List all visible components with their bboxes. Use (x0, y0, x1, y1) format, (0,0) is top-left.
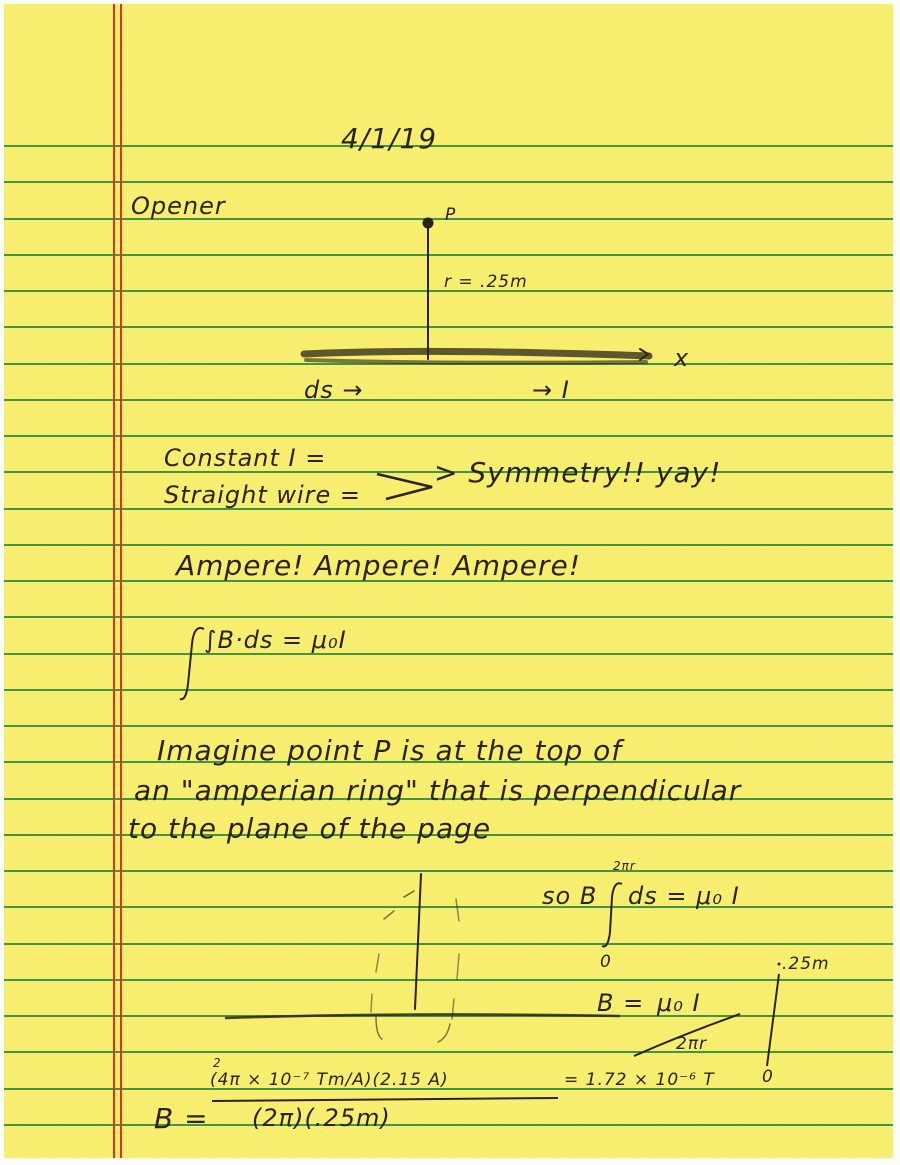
calc-denominator: (2π)(.25m) (252, 1104, 391, 1132)
integral-upper-limit: 2πr (613, 859, 636, 873)
explanation-line-2: an "amperian ring" that is perpendicular (134, 774, 741, 807)
formula-numerator: μ₀ I (657, 989, 701, 1017)
axis-label: x (674, 344, 689, 372)
symmetry-result: > Symmetry!! yay! (434, 456, 721, 489)
calc-result: = 1.72 × 10⁻⁶ T (564, 1070, 715, 1090)
date: 4/1/19 (341, 122, 437, 155)
ampere-cheer: Ampere! Ampere! Ampere! (176, 549, 581, 582)
legal-pad-page: 4/1/19 Opener P r = .25m x ds → → I Cons… (4, 4, 893, 1158)
explanation-line-1: Imagine point P is at the top of (157, 734, 622, 767)
formula-lhs: B = (597, 989, 644, 1017)
implies-chevron (377, 474, 432, 499)
formula-denominator: 2πr (676, 1034, 707, 1054)
calc-numerator: (4π × 10⁻⁷ Tm/A)(2.15 A) (210, 1070, 449, 1090)
radius-label: r = .25m (444, 272, 528, 292)
integral-prefix: so B (542, 882, 597, 910)
explanation-line-3: to the plane of the page (128, 812, 491, 845)
integral-sign-1 (180, 628, 204, 699)
current-label: → I (532, 376, 570, 404)
ampere-law: ∫B·ds = μ₀I (204, 626, 347, 654)
integral-body: ds = μ₀ I (628, 882, 740, 910)
ds-label: ds → (304, 376, 363, 404)
integral-lower-limit: 0 (600, 952, 612, 972)
symmetry-line-2: Straight wire = (164, 481, 361, 509)
heading: Opener (131, 192, 226, 220)
scale-bar (767, 974, 779, 1066)
fraction-bar-calculation (212, 1098, 558, 1101)
point-label: P (445, 205, 456, 225)
integral-sign-2 (602, 883, 622, 946)
calc-lhs: B = (154, 1102, 209, 1135)
calc-cancel-mark: 2 (213, 1056, 222, 1070)
symmetry-line-1: Constant I = (164, 444, 326, 472)
scale-top: .25m (782, 954, 830, 974)
scale-bottom: 0 (762, 1067, 774, 1087)
